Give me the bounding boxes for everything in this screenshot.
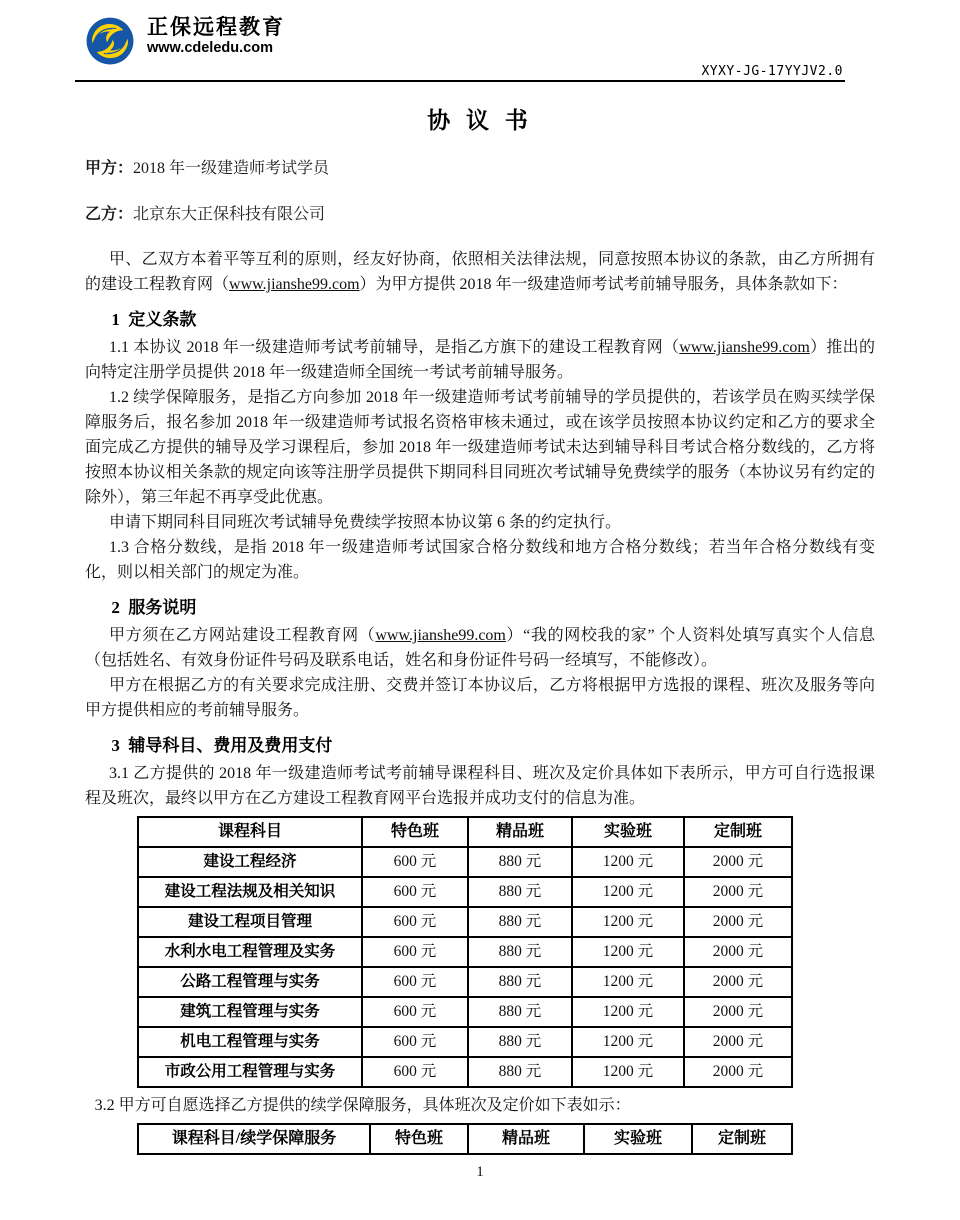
table-row: 水利水电工程管理及实务600 元880 元1200 元2000 元 — [138, 937, 792, 967]
price-cell: 600 元 — [362, 1027, 468, 1057]
party-b-line: 乙方：北京东大正保科技有限公司 — [85, 203, 875, 227]
price-cell: 880 元 — [468, 907, 572, 937]
brand-block: 正保远程教育 www.cdeledu.com — [147, 16, 285, 57]
inline-url: www.jianshe99.com — [679, 339, 810, 356]
price-cell: 1200 元 — [572, 997, 684, 1027]
table-header-row: 课程科目特色班精品班实验班定制班 — [138, 817, 792, 847]
clause-3-2: 3.2 甲方可自愿选择乙方提供的续学保障服务，具体班次及定价如下表如示： — [85, 1093, 875, 1118]
course-subject-cell: 水利水电工程管理及实务 — [138, 937, 362, 967]
column-header: 精品班 — [468, 1124, 584, 1154]
price-cell: 880 元 — [468, 967, 572, 997]
price-cell: 2000 元 — [684, 877, 792, 907]
renewal-pricing-table: 课程科目/续学保障服务特色班精品班实验班定制班 — [137, 1123, 793, 1155]
clause-2-2: 甲方在根据乙方的有关要求完成注册、交费并签订本协议后，乙方将根据甲方选报的课程、… — [85, 673, 875, 723]
price-cell: 2000 元 — [684, 967, 792, 997]
price-cell: 600 元 — [362, 1057, 468, 1087]
price-cell: 600 元 — [362, 877, 468, 907]
column-header: 课程科目 — [138, 817, 362, 847]
page-number: 1 — [85, 1164, 875, 1181]
price-cell: 600 元 — [362, 847, 468, 877]
party-a-value: 2018 年一级建造师考试学员 — [133, 160, 329, 177]
agreement-page: 正保远程教育 www.cdeledu.com XYXY-JG-17YYJV2.0… — [0, 0, 960, 1220]
inline-url: www.jianshe99.com — [229, 276, 360, 293]
price-cell: 1200 元 — [572, 847, 684, 877]
price-cell: 880 元 — [468, 877, 572, 907]
table-row: 市政公用工程管理与实务600 元880 元1200 元2000 元 — [138, 1057, 792, 1087]
inline-url: www.jianshe99.com — [375, 627, 506, 644]
section-2-heading: 2 服务说明 — [85, 595, 875, 621]
course-subject-cell: 建设工程法规及相关知识 — [138, 877, 362, 907]
price-cell: 880 元 — [468, 1057, 572, 1087]
price-cell: 2000 元 — [684, 997, 792, 1027]
price-cell: 600 元 — [362, 967, 468, 997]
clause-2-1: 甲方须在乙方网站建设工程教育网（www.jianshe99.com）“我的网校我… — [85, 623, 875, 673]
party-a-line: 甲方：2018 年一级建造师考试学员 — [85, 157, 875, 181]
price-cell: 880 元 — [468, 937, 572, 967]
price-cell: 880 元 — [468, 997, 572, 1027]
price-cell: 1200 元 — [572, 967, 684, 997]
clause-1-1: 1.1 本协议 2018 年一级建造师考试考前辅导，是指乙方旗下的建设工程教育网… — [85, 335, 875, 385]
price-cell: 2000 元 — [684, 937, 792, 967]
clause-3-1: 3.1 乙方提供的 2018 年一级建造师考试考前辅导课程科目、班次及定价具体如… — [85, 761, 875, 811]
doc-code: XYXY-JG-17YYJV2.0 — [701, 64, 843, 79]
table-row: 公路工程管理与实务600 元880 元1200 元2000 元 — [138, 967, 792, 997]
price-cell: 2000 元 — [684, 907, 792, 937]
clause-1-2-note: 申请下期同科目同班次考试辅导免费续学按照本协议第 6 条的约定执行。 — [85, 510, 875, 535]
price-cell: 1200 元 — [572, 1027, 684, 1057]
party-b-value: 北京东大正保科技有限公司 — [133, 206, 325, 223]
course-subject-cell: 公路工程管理与实务 — [138, 967, 362, 997]
price-cell: 600 元 — [362, 997, 468, 1027]
document-title: 协 议 书 — [85, 102, 875, 135]
course-subject-cell: 建设工程经济 — [138, 847, 362, 877]
price-cell: 880 元 — [468, 847, 572, 877]
column-header: 精品班 — [468, 817, 572, 847]
section-1-heading: 1 定义条款 — [85, 307, 875, 333]
course-subject-cell: 市政公用工程管理与实务 — [138, 1057, 362, 1087]
price-cell: 1200 元 — [572, 907, 684, 937]
price-cell: 2000 元 — [684, 847, 792, 877]
course-subject-cell: 机电工程管理与实务 — [138, 1027, 362, 1057]
course-subject-cell: 建筑工程管理与实务 — [138, 997, 362, 1027]
brand-url: www.cdeledu.com — [147, 41, 285, 57]
column-header: 课程科目/续学保障服务 — [138, 1124, 370, 1154]
course-pricing-table: 课程科目特色班精品班实验班定制班建设工程经济600 元880 元1200 元20… — [137, 816, 793, 1088]
table-row: 建筑工程管理与实务600 元880 元1200 元2000 元 — [138, 997, 792, 1027]
price-cell: 1200 元 — [572, 1057, 684, 1087]
table-header-row: 课程科目/续学保障服务特色班精品班实验班定制班 — [138, 1124, 792, 1154]
section-3-heading: 3 辅导科目、费用及费用支付 — [85, 733, 875, 759]
course-subject-cell: 建设工程项目管理 — [138, 907, 362, 937]
column-header: 实验班 — [572, 817, 684, 847]
column-header: 定制班 — [684, 817, 792, 847]
page-header: 正保远程教育 www.cdeledu.com XYXY-JG-17YYJV2.0 — [75, 14, 845, 82]
column-header: 特色班 — [362, 817, 468, 847]
price-cell: 1200 元 — [572, 877, 684, 907]
intro-paragraph: 甲、乙双方本着平等互利的原则，经友好协商，依照相关法律法规，同意按照本协议的条款… — [85, 247, 875, 297]
text-segment: 1.1 本协议 2018 年一级建造师考试考前辅导，是指乙方旗下的建设工程教育网… — [109, 339, 679, 356]
table-row: 建设工程经济600 元880 元1200 元2000 元 — [138, 847, 792, 877]
clause-1-2: 1.2 续学保障服务，是指乙方向参加 2018 年一级建造师考试考前辅导的学员提… — [85, 385, 875, 510]
brand-name: 正保远程教育 — [147, 16, 285, 39]
party-b-label: 乙方： — [85, 206, 133, 223]
price-cell: 880 元 — [468, 1027, 572, 1057]
clause-1-3: 1.3 合格分数线，是指 2018 年一级建造师考试国家合格分数线和地方合格分数… — [85, 535, 875, 585]
price-cell: 600 元 — [362, 937, 468, 967]
column-header: 定制班 — [692, 1124, 792, 1154]
brand-logo-icon — [85, 16, 135, 66]
price-cell: 2000 元 — [684, 1027, 792, 1057]
column-header: 特色班 — [370, 1124, 468, 1154]
column-header: 实验班 — [584, 1124, 692, 1154]
table-row: 建设工程项目管理600 元880 元1200 元2000 元 — [138, 907, 792, 937]
price-cell: 2000 元 — [684, 1057, 792, 1087]
table-row: 机电工程管理与实务600 元880 元1200 元2000 元 — [138, 1027, 792, 1057]
text-segment: ）为甲方提供 2018 年一级建造师考试考前辅导服务，具体条款如下： — [360, 276, 848, 293]
party-a-label: 甲方： — [85, 160, 133, 177]
price-cell: 600 元 — [362, 907, 468, 937]
text-segment: 甲方须在乙方网站建设工程教育网（ — [109, 627, 375, 644]
table-row: 建设工程法规及相关知识600 元880 元1200 元2000 元 — [138, 877, 792, 907]
price-cell: 1200 元 — [572, 937, 684, 967]
